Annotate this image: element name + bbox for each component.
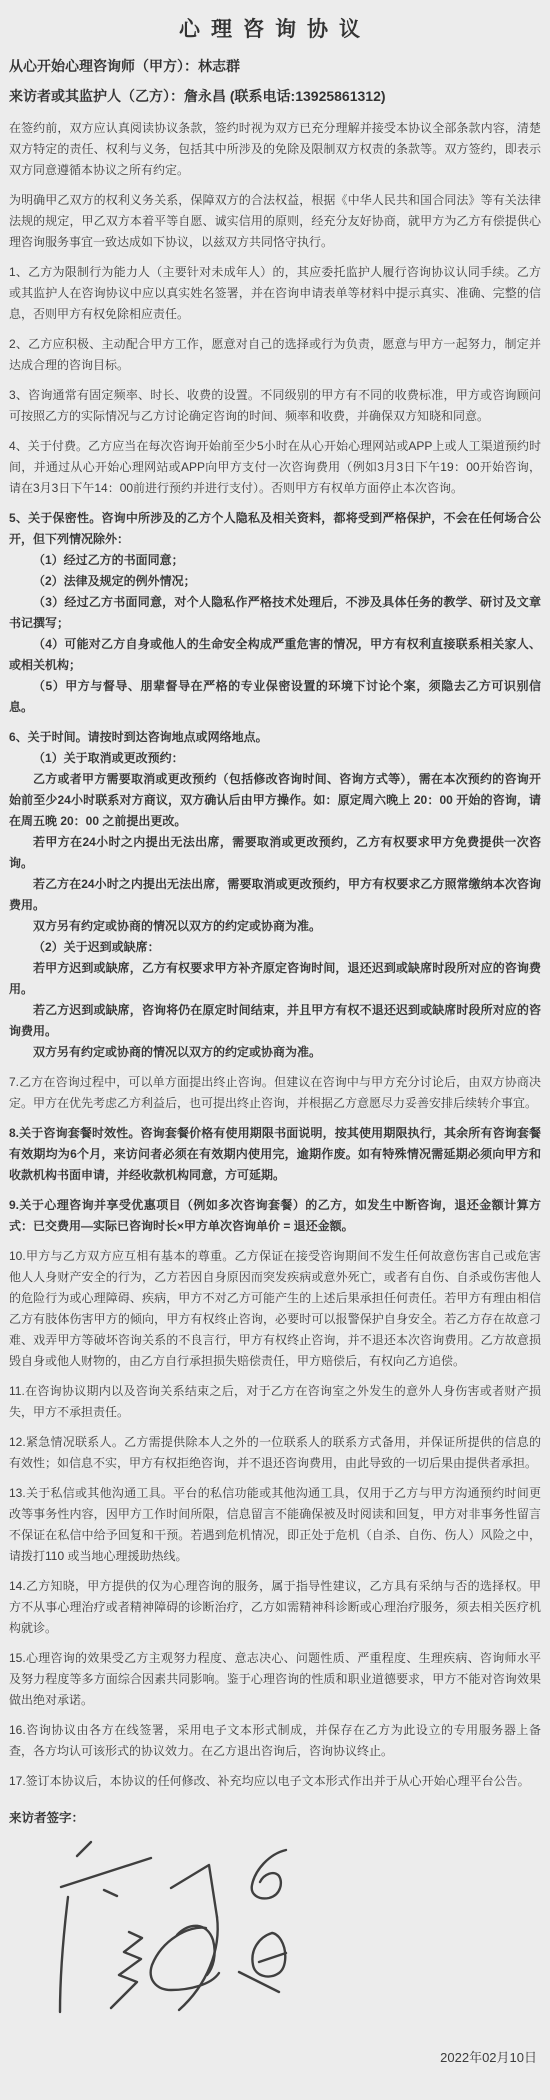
agreement-paragraph: 14.乙方知晓，甲方提供的仅为心理咨询的服务，属于指导性建议，乙方具有采纳与否的… xyxy=(9,1576,541,1639)
page-title: 心理咨询协议 xyxy=(9,0,541,49)
agreement-paragraph: 在签约前，双方应认真阅读协议条款，签约时视为双方已充分理解并接受本协议全部条款内… xyxy=(9,118,541,181)
agreement-paragraph: 10.甲方与乙方双方应互相有基本的尊重。乙方保证在接受咨询期间不发生任何故意伤害… xyxy=(9,1246,541,1372)
agreement-date: 2022年02月10日 xyxy=(9,2047,541,2066)
agreement-paragraph: 若乙方在24小时之内提出无法出席，需要取消或更改预约，甲方有权要求乙方照常缴纳本… xyxy=(9,874,541,916)
visitor-signature-label: 来访者签字： xyxy=(9,1808,541,1826)
agreement-paragraph: 7.乙方在咨询过程中，可以单方面提出终止咨询。但建议在咨询中与甲方充分讨论后，由… xyxy=(9,1072,541,1114)
agreement-paragraph: 9.关于心理咨询并享受优惠项目（例如多次咨询套餐）的乙方，如发生中断咨询，退还金… xyxy=(9,1195,541,1237)
agreement-paragraph: 双方另有约定或协商的情况以双方的约定或协商为准。 xyxy=(9,916,541,937)
agreement-page: 心理咨询协议 从心开始心理咨询师（甲方）：林志群 来访者或其监护人（乙方）：詹永… xyxy=(0,0,550,2100)
agreement-paragraph: 若甲方迟到或缺席，乙方有权要求甲方补齐原定咨询时间，退还迟到或缺席时段所对应的咨… xyxy=(9,958,541,1000)
agreement-paragraph: （2）关于迟到或缺席： xyxy=(9,937,541,958)
agreement-paragraph: 4、关于付费。乙方应当在每次咨询开始前至少5小时在从心开始心理网站或APP上或人… xyxy=(9,436,541,499)
party-visitor-line: 来访者或其监护人（乙方）：詹永昌 (联系电话:13925861312) xyxy=(9,83,541,109)
agreement-body: 在签约前，双方应认真阅读协议条款，签约时视为双方已充分理解并接受本协议全部条款内… xyxy=(9,118,541,1792)
agreement-paragraph: 17.签订本协议后，本协议的任何修改、补充均应以电子文本形式作出并于从心开始心理… xyxy=(9,1771,541,1792)
party-visitor-label: 来访者或其监护人（乙方）： xyxy=(9,88,184,104)
agreement-paragraph: （1）经过乙方的书面同意； xyxy=(9,550,541,571)
agreement-paragraph: 2、乙方应积极、主动配合甲方工作，愿意对自己的选择或行为负责，愿意与甲方一起努力… xyxy=(9,334,541,376)
party-counselor-name: 林志群 xyxy=(198,58,240,74)
agreement-paragraph: 乙方或者甲方需要取消或更改预约（包括修改咨询时间、咨询方式等），需在本次预约的咨… xyxy=(9,769,541,832)
agreement-paragraph: 双方另有约定或协商的情况以双方的约定或协商为准。 xyxy=(9,1042,541,1063)
party-counselor-label: 从心开始心理咨询师（甲方）： xyxy=(9,58,198,74)
agreement-paragraph: 为明确甲乙双方的权利义务关系，保障双方的合法权益，根据《中华人民共和国合同法》等… xyxy=(9,190,541,253)
agreement-paragraph: 3、咨询通常有固定频率、时长、收费的设置。不同级别的甲方有不同的收费标准，甲方或… xyxy=(9,385,541,427)
visitor-signature xyxy=(29,1840,309,2025)
agreement-paragraph: （5）甲方与督导、朋辈督导在严格的专业保密设置的环境下讨论个案，须隐去乙方可识别… xyxy=(9,676,541,718)
agreement-paragraph: （3）经过乙方书面同意，对个人隐私作严格技术处理后，不涉及具体任务的教学、研讨及… xyxy=(9,592,541,634)
party-counselor-line: 从心开始心理咨询师（甲方）：林志群 xyxy=(9,53,541,79)
agreement-paragraph: 15.心理咨询的效果受乙方主观努力程度、意志决心、问题性质、严重程度、生理疾病、… xyxy=(9,1648,541,1711)
agreement-paragraph: 13.关于私信或其他沟通工具。平台的私信功能或其他沟通工具，仅用于乙方与甲方沟通… xyxy=(9,1483,541,1567)
agreement-paragraph: （1）关于取消或更改预约： xyxy=(9,748,541,769)
agreement-paragraph: 12.紧急情况联系人。乙方需提供除本人之外的一位联系人的联系方式备用，并保证所提… xyxy=(9,1432,541,1474)
agreement-paragraph: （2）法律及规定的例外情况； xyxy=(9,571,541,592)
agreement-paragraph: 6、关于时间。请按时到达咨询地点或网络地点。 xyxy=(9,727,541,748)
agreement-paragraph: 1、乙方为限制行为能力人（主要针对未成年人）的，其应委托监护人履行咨询协议认同手… xyxy=(9,262,541,325)
party-visitor-name: 詹永昌 (联系电话:13925861312) xyxy=(184,88,386,104)
agreement-paragraph: （4）可能对乙方自身或他人的生命安全构成严重危害的情况，甲方有权利直接联系相关家… xyxy=(9,634,541,676)
agreement-paragraph: 8.关于咨询套餐时效性。咨询套餐价格有使用期限书面说明，按其使用期限执行，其余所… xyxy=(9,1123,541,1186)
agreement-paragraph: 16.咨询协议由各方在线签署，采用电子文本形式制成，并保存在乙方为此设立的专用服… xyxy=(9,1720,541,1762)
agreement-paragraph: 若甲方在24小时之内提出无法出席，需要取消或更改预约，乙方有权要求甲方免费提供一… xyxy=(9,832,541,874)
agreement-paragraph: 5、关于保密性。咨询中所涉及的乙方个人隐私及相关资料，都将受到严格保护，不会在任… xyxy=(9,508,541,550)
agreement-paragraph: 若乙方迟到或缺席，咨询将仍在原定时间结束，并且甲方有权不退还迟到或缺席时段所对应… xyxy=(9,1000,541,1042)
agreement-paragraph: 11.在咨询协议期内以及咨询关系结束之后，对于乙方在咨询室之外发生的意外人身伤害… xyxy=(9,1381,541,1423)
